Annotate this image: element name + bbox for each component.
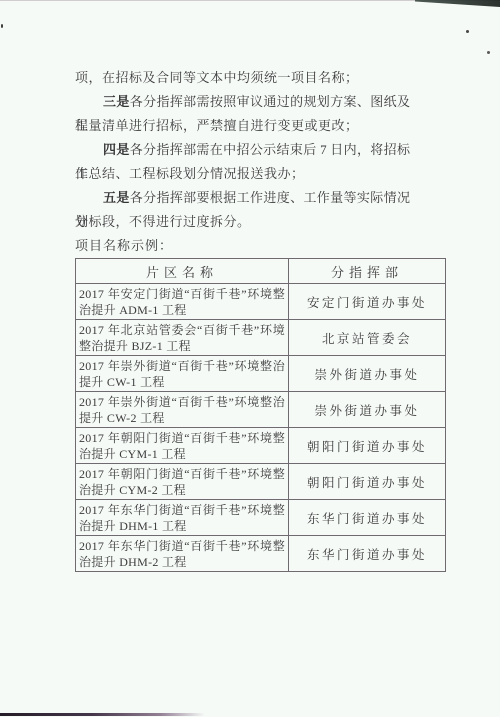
- column-header-sub-headquarters: 分指挥部: [289, 259, 446, 284]
- item-marker: 四是: [103, 142, 130, 157]
- line-text: 项，在招标及合同等文本中均须统一项目名称；: [75, 70, 359, 85]
- paragraph-line: 项，在招标及合同等文本中均须统一项目名称；: [75, 66, 410, 90]
- line-text: 作总结、工程标段划分情况报送我办；: [75, 166, 305, 181]
- paragraph-line: 程量清单进行招标，严禁擅自进行变更或更改；: [75, 114, 410, 138]
- line-text: 分标段，不得进行过度拆分。: [75, 214, 251, 229]
- department-cell: 朝阳门街道办事处: [289, 464, 446, 500]
- item-marker: 五是: [103, 190, 130, 205]
- column-header-area-name: 片区名称: [76, 259, 289, 284]
- scan-speck: [487, 51, 490, 54]
- table-row: 2017 年安定门街道“百街千巷”环境整治提升 ADM-1 工程 安定门街道办事…: [76, 284, 446, 320]
- department-cell: 朝阳门街道办事处: [289, 428, 446, 464]
- paragraph-line: 分标段，不得进行过度拆分。: [75, 210, 410, 234]
- project-name-cell: 2017 年东华门街道“百街千巷”环境整治提升 DHM-1 工程: [76, 500, 289, 536]
- table-row: 2017 年朝阳门街道“百街千巷”环境整治提升 CYM-2 工程 朝阳门街道办事…: [76, 464, 446, 500]
- project-name-cell: 2017 年崇外街道“百街千巷”环境整治提升 CW-2 工程: [76, 392, 289, 428]
- scan-edge-bottom-left: [0, 713, 205, 716]
- scan-speck: [1, 24, 3, 28]
- scan-speck: [466, 30, 469, 33]
- project-name-cell: 2017 年崇外街道“百街千巷”环境整治提升 CW-1 工程: [76, 356, 289, 392]
- table-row: 2017 年崇外街道“百街千巷”环境整治提升 CW-1 工程 崇外街道办事处: [76, 356, 446, 392]
- department-cell: 北京站管委会: [289, 320, 446, 356]
- item-marker: 三是: [103, 94, 130, 109]
- table-row: 2017 年北京站管委会“百街千巷”环境整治提升 BJZ-1 工程 北京站管委会: [76, 320, 446, 356]
- paragraph-line: 四是各分指挥部需在中招公示结束后 7 日内，将招标工: [75, 138, 410, 162]
- table-row: 2017 年东华门街道“百街千巷”环境整治提升 DHM-2 工程 东华门街道办事…: [76, 536, 446, 572]
- paragraph-line: 五是各分指挥部要根据工作进度、工作量等实际情况划: [75, 186, 410, 210]
- department-cell: 崇外街道办事处: [289, 392, 446, 428]
- table-row: 2017 年崇外街道“百街千巷”环境整治提升 CW-2 工程 崇外街道办事处: [76, 392, 446, 428]
- department-cell: 崇外街道办事处: [289, 356, 446, 392]
- line-text: 程量清单进行招标，严禁擅自进行变更或更改；: [75, 118, 359, 133]
- body-text: 项，在招标及合同等文本中均须统一项目名称； 三是各分指挥部需按照审议通过的规划方…: [75, 66, 410, 234]
- department-cell: 安定门街道办事处: [289, 284, 446, 320]
- scan-edge-top-right: [415, 0, 500, 7]
- project-name-cell: 2017 年朝阳门街道“百街千巷”环境整治提升 CYM-1 工程: [76, 428, 289, 464]
- project-table: 片区名称 分指挥部 2017 年安定门街道“百街千巷”环境整治提升 ADM-1 …: [75, 258, 446, 572]
- department-cell: 东华门街道办事处: [289, 500, 446, 536]
- table-caption: 项目名称示例：: [75, 234, 173, 258]
- paragraph-line: 三是各分指挥部需按照审议通过的规划方案、图纸及工: [75, 90, 410, 114]
- project-name-cell: 2017 年东华门街道“百街千巷”环境整治提升 DHM-2 工程: [76, 536, 289, 572]
- table-row: 2017 年东华门街道“百街千巷”环境整治提升 DHM-1 工程 东华门街道办事…: [76, 500, 446, 536]
- table-header-row: 片区名称 分指挥部: [76, 259, 446, 284]
- project-name-cell: 2017 年朝阳门街道“百街千巷”环境整治提升 CYM-2 工程: [76, 464, 289, 500]
- project-name-cell: 2017 年北京站管委会“百街千巷”环境整治提升 BJZ-1 工程: [76, 320, 289, 356]
- department-cell: 东华门街道办事处: [289, 536, 446, 572]
- project-name-cell: 2017 年安定门街道“百街千巷”环境整治提升 ADM-1 工程: [76, 284, 289, 320]
- paragraph-line: 作总结、工程标段划分情况报送我办；: [75, 162, 410, 186]
- table-row: 2017 年朝阳门街道“百街千巷”环境整治提升 CYM-1 工程 朝阳门街道办事…: [76, 428, 446, 464]
- scanned-document-page: 项，在招标及合同等文本中均须统一项目名称； 三是各分指挥部需按照审议通过的规划方…: [0, 0, 500, 717]
